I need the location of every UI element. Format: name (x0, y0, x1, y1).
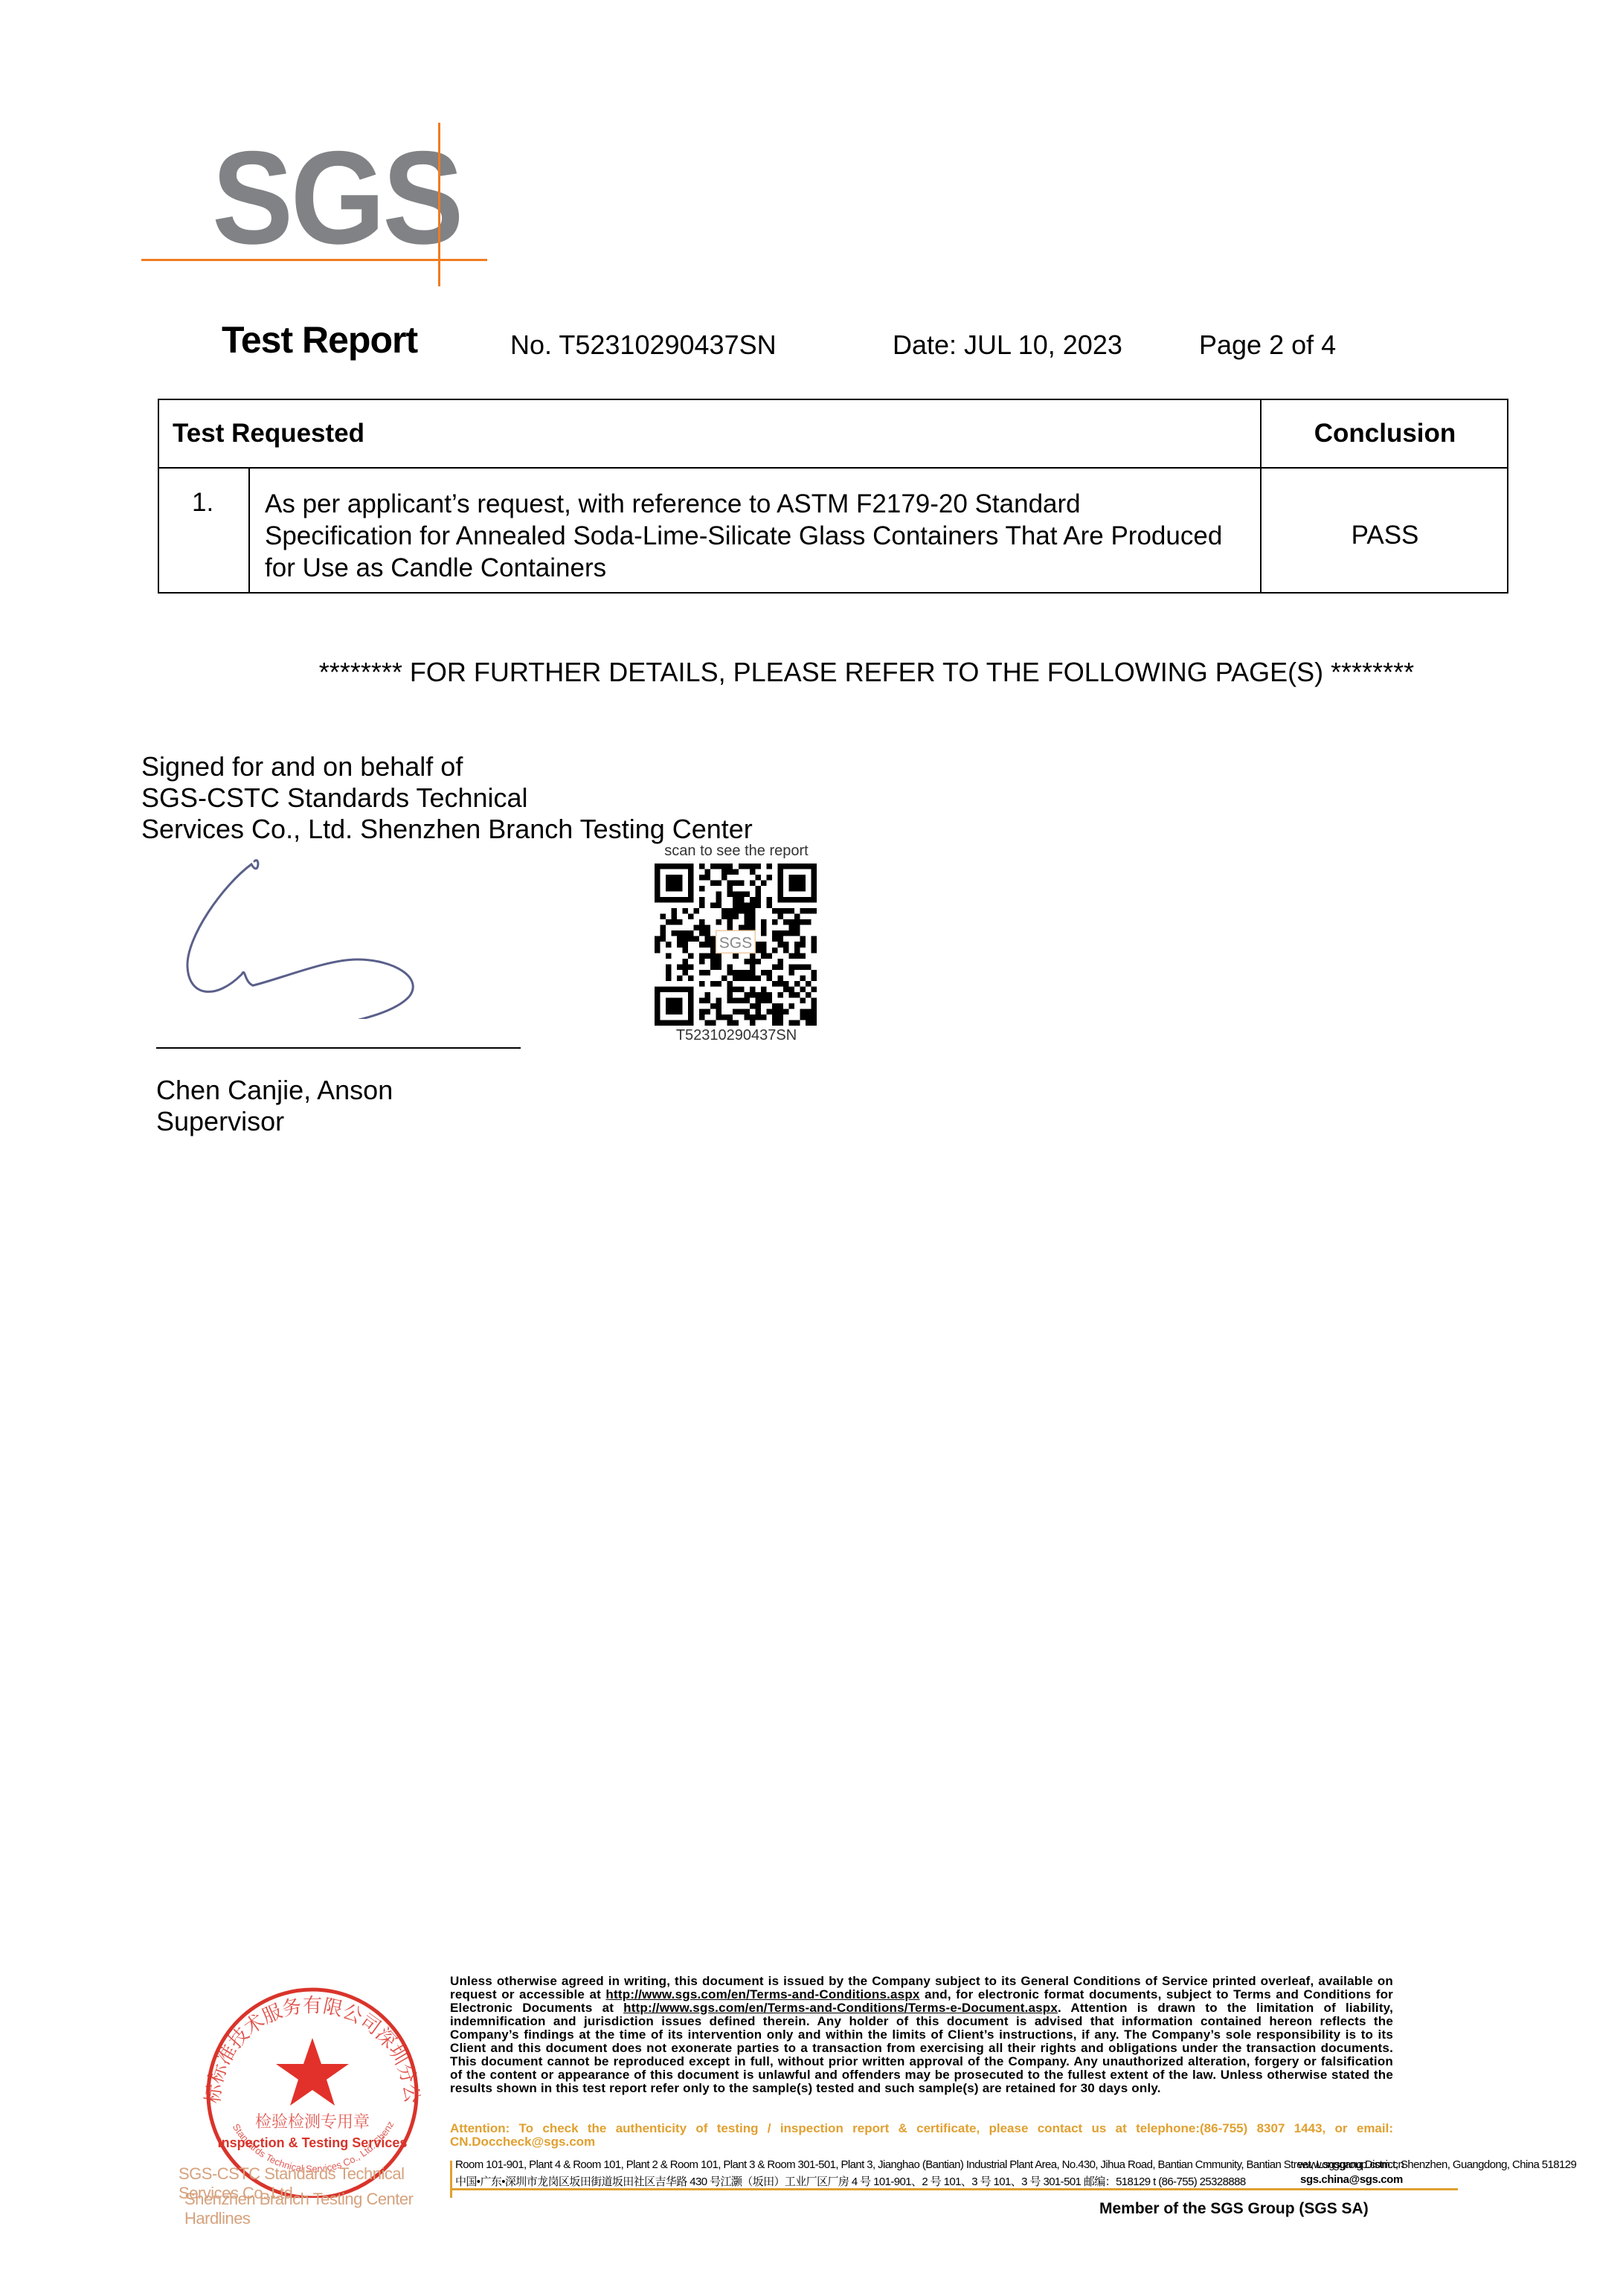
column-header-conclusion: Conclusion (1262, 419, 1508, 448)
footer-rule (450, 2188, 1458, 2190)
report-date: Date: JUL 10, 2023 (893, 329, 1122, 361)
stamp-center-en: Inspection & Testing Services (218, 2135, 408, 2150)
row-index: 1. (192, 488, 213, 518)
qr-caption: scan to see the report (655, 843, 818, 860)
address-chinese: 中国•广东•深圳市龙岗区坂田街道坂田社区吉华路 430 号江灏（坂田）工业厂区厂… (455, 2173, 1400, 2189)
qr-report-number: T52310290437SN (655, 1027, 818, 1044)
handwritten-signature (171, 848, 446, 1019)
disclaimer-text: . Attention is drawn to the limitation o… (450, 2001, 1393, 2095)
page-number: Page 2 of 4 (1199, 329, 1336, 361)
signed-line: Services Co., Ltd. Shenzhen Branch Testi… (141, 814, 753, 845)
address-english: Room 101-901, Plant 4 & Room 101, Plant … (455, 2158, 1400, 2171)
logo-horizontal-rule (141, 259, 487, 261)
signed-line: Signed for and on behalf of (141, 751, 753, 782)
row-test-description: As per applicant’s request, with referen… (265, 488, 1232, 584)
column-header-test-requested: Test Requested (173, 419, 364, 448)
stamp-center-cn: 检验检测专用章 (255, 2113, 370, 2132)
test-result-table: Test Requested Conclusion 1. As per appl… (158, 399, 1508, 594)
further-details-note: ******** FOR FURTHER DETAILS, PLEASE REF… (0, 657, 1623, 688)
signer-title: Supervisor (156, 1106, 284, 1137)
terms-conditions-link[interactable]: http://www.sgs.com/en/Terms-and-Conditio… (605, 1987, 919, 2001)
signed-on-behalf-block: Signed for and on behalf of SGS-CSTC Sta… (141, 751, 753, 845)
qr-center-label: SGS (719, 935, 752, 952)
document-title: Test Report (222, 318, 417, 361)
qr-code-icon[interactable]: SGS (655, 864, 817, 1026)
sgs-logo: SGS (141, 123, 498, 294)
signed-line: SGS-CSTC Standards Technical (141, 782, 753, 814)
logo-vertical-rule (438, 123, 440, 286)
report-number: No. T52310290437SN (510, 329, 777, 361)
signer-name: Chen Canjie, Anson (156, 1075, 393, 1106)
logo-text: SGS (212, 132, 461, 264)
address-accent-bar (450, 2161, 452, 2198)
email-link[interactable]: sgs.china@sgs.com (1300, 2173, 1403, 2186)
signature-line (156, 1047, 521, 1049)
stamp-branch-line: Shenzhen Branch Testing Center Hardlines (184, 2190, 467, 2228)
row-conclusion: PASS (1262, 521, 1508, 550)
legal-disclaimer: Unless otherwise agreed in writing, this… (450, 1975, 1393, 2095)
website-link[interactable]: www.sgsgroup.com.cn (1298, 2158, 1404, 2171)
index-column-divider (248, 467, 250, 592)
terms-e-document-link[interactable]: http://www.sgs.com/en/Terms-and-Conditio… (623, 2001, 1058, 2015)
authenticity-attention: Attention: To check the authenticity of … (450, 2122, 1393, 2149)
member-statement: Member of the SGS Group (SGS SA) (1099, 2200, 1369, 2218)
